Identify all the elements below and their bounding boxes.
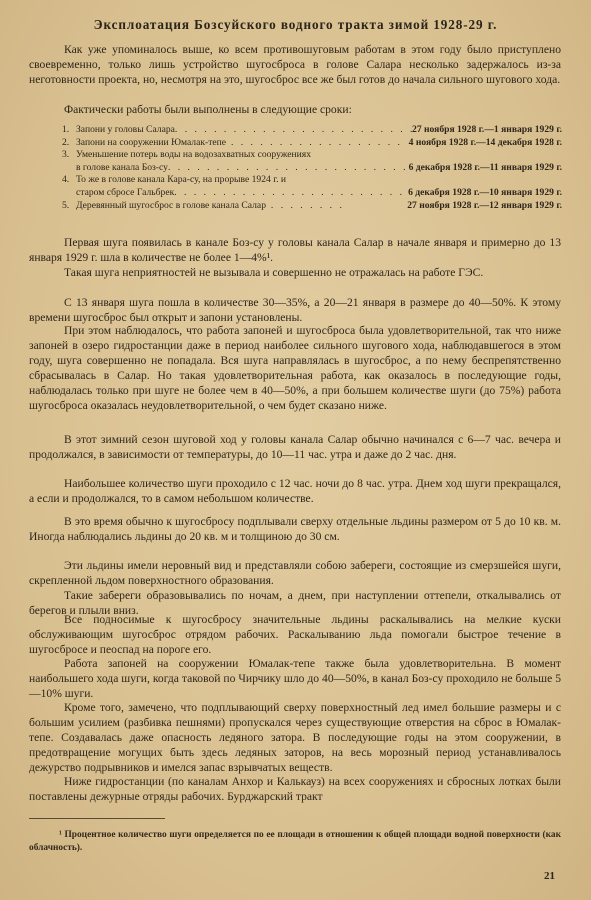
leader-dots: . . . . . . . . . . . . . . . . . .	[226, 137, 409, 150]
schedule-item-4-cont: старом сбросе Гальбрек . . . . . . . . .…	[62, 187, 562, 200]
footnote: ¹ Процентное количество шуги определяетс…	[29, 829, 561, 855]
page-number: 21	[544, 870, 555, 882]
item-dates: 4 ноября 1928 г.—14 декабря 1928 г.	[409, 137, 562, 150]
schedule-item-2: 2. Запони на сооружении Юмалак-тепе . . …	[62, 137, 562, 150]
schedule-item-5: 5. Деревянный шугосброс в голове канала …	[62, 200, 562, 213]
intro-paragraph-2: Фактически работы были выполнены в следу…	[29, 102, 561, 117]
body-paragraph-6: Наибольшее количество шуги проходило с 1…	[29, 476, 561, 506]
item-text: Деревянный шугосброс в голове канала Сал…	[76, 200, 266, 213]
schedule-item-4: 4. То же в голове канала Кара-су, на про…	[62, 174, 562, 187]
leader-dots: . . . . . . . .	[266, 200, 407, 213]
body-paragraph-5: В этот зимний сезон шуговой ход у головы…	[29, 432, 561, 462]
leader-dots: . . . . . . . . . . . . . . . . . . . . …	[174, 187, 408, 200]
item-number: 3.	[62, 149, 76, 162]
body-paragraph-13: Ниже гидростанции (по каналам Анхор и Ка…	[29, 774, 561, 804]
body-paragraph-1: Первая шуга появилась в канале Боз-су у …	[29, 235, 561, 265]
item-text: То же в голове канала Кара-су, на прорыв…	[76, 174, 286, 187]
body-paragraph-8: Эти льдины имели неровный вид и представ…	[29, 558, 561, 588]
item-text: Запони на сооружении Юмалак-тепе	[76, 137, 226, 150]
schedule-item-1: 1. Запони у головы Салара . . . . . . . …	[62, 124, 562, 137]
item-text: Запони у головы Салара	[76, 124, 175, 137]
body-paragraph-3: С 13 января шуга пошла в количестве 30—3…	[29, 295, 561, 325]
schedule-item-3-cont: в голове канала Боз-су . . . . . . . . .…	[62, 162, 562, 175]
item-number: 4.	[62, 174, 76, 187]
item-number: 1.	[62, 124, 76, 137]
intro-paragraph-1: Как уже упоминалось выше, ко всем против…	[29, 42, 561, 87]
body-paragraph-12: Кроме того, замечено, что подплывающий с…	[29, 700, 561, 775]
schedule-list: 1. Запони у головы Салара . . . . . . . …	[62, 124, 562, 212]
item-dates: 6 декабря 1928 г.—11 января 1929 г.	[409, 162, 562, 175]
item-text: Уменьшение потерь воды на водозахватных …	[76, 149, 311, 162]
schedule-item-3: 3. Уменьшение потерь воды на водозахватн…	[62, 149, 562, 162]
leader-dots: . . . . . . . . . . . . . . . . . . . . …	[168, 162, 409, 175]
leader-dots: . . . . . . . . . . . . . . . . . . . . …	[175, 124, 412, 137]
item-number: 2.	[62, 137, 76, 150]
page-title: Эксплоатация Бозсуйского водного тракта …	[0, 17, 591, 33]
footnote-divider	[29, 818, 165, 819]
item-number: 5.	[62, 200, 76, 213]
item-dates: 27 ноября 1928 г.—1 января 1929 г.	[412, 124, 562, 137]
body-paragraph-7: В это время обычно к шугосбросу подплыва…	[29, 514, 561, 544]
body-paragraph-10: Все подносимые к шугосбросу значительные…	[29, 612, 561, 657]
item-text: старом сбросе Гальбрек	[76, 187, 174, 200]
body-paragraph-2: Такая шуга неприятностей не вызывала и с…	[29, 265, 561, 280]
item-dates: 27 ноября 1928 г.—12 января 1929 г.	[407, 200, 562, 213]
body-paragraph-4: При этом наблюдалось, что работа запоней…	[29, 323, 561, 413]
document-page: Эксплоатация Бозсуйского водного тракта …	[0, 0, 591, 900]
item-text: в голове канала Боз-су	[76, 162, 168, 175]
body-paragraph-11: Работа запоней на сооружении Юмалак-тепе…	[29, 656, 561, 701]
item-dates: 6 декабря 1928 г.—10 января 1929 г.	[408, 187, 562, 200]
